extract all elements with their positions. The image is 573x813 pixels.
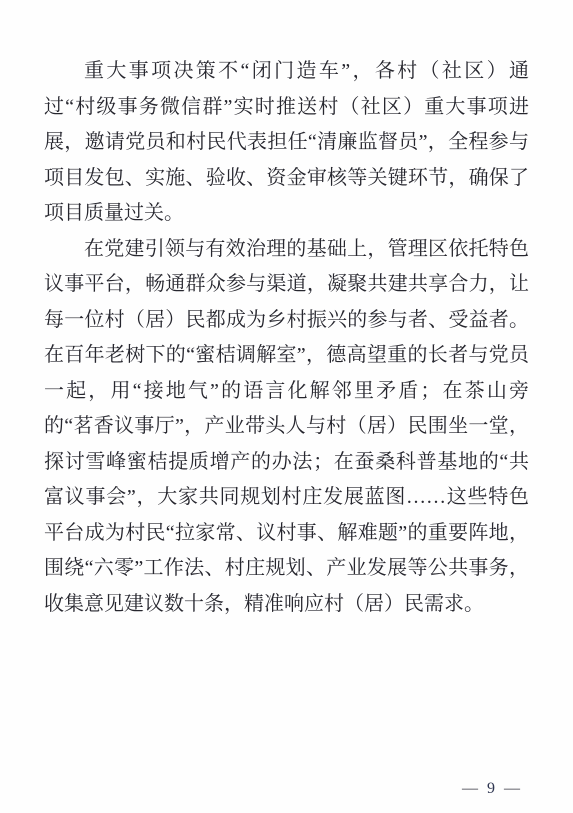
- document-page: 重大事项决策不“闭门造车”，各村（社区）通过“村级事务微信群”实时推送村（社区）…: [0, 0, 573, 813]
- footer-dash-right: —: [504, 781, 520, 797]
- paragraph-2: 在党建引领与有效治理的基础上，管理区依托特色议事平台，畅通群众参与渠道，凝聚共建…: [44, 232, 529, 623]
- paragraph-1: 重大事项决策不“闭门造车”，各村（社区）通过“村级事务微信群”实时推送村（社区）…: [44, 54, 529, 232]
- document-body: 重大事项决策不“闭门造车”，各村（社区）通过“村级事务微信群”实时推送村（社区）…: [44, 54, 529, 622]
- page-number: 9: [487, 781, 495, 797]
- page-footer: — 9 —: [462, 781, 520, 797]
- footer-dash-left: —: [462, 781, 478, 797]
